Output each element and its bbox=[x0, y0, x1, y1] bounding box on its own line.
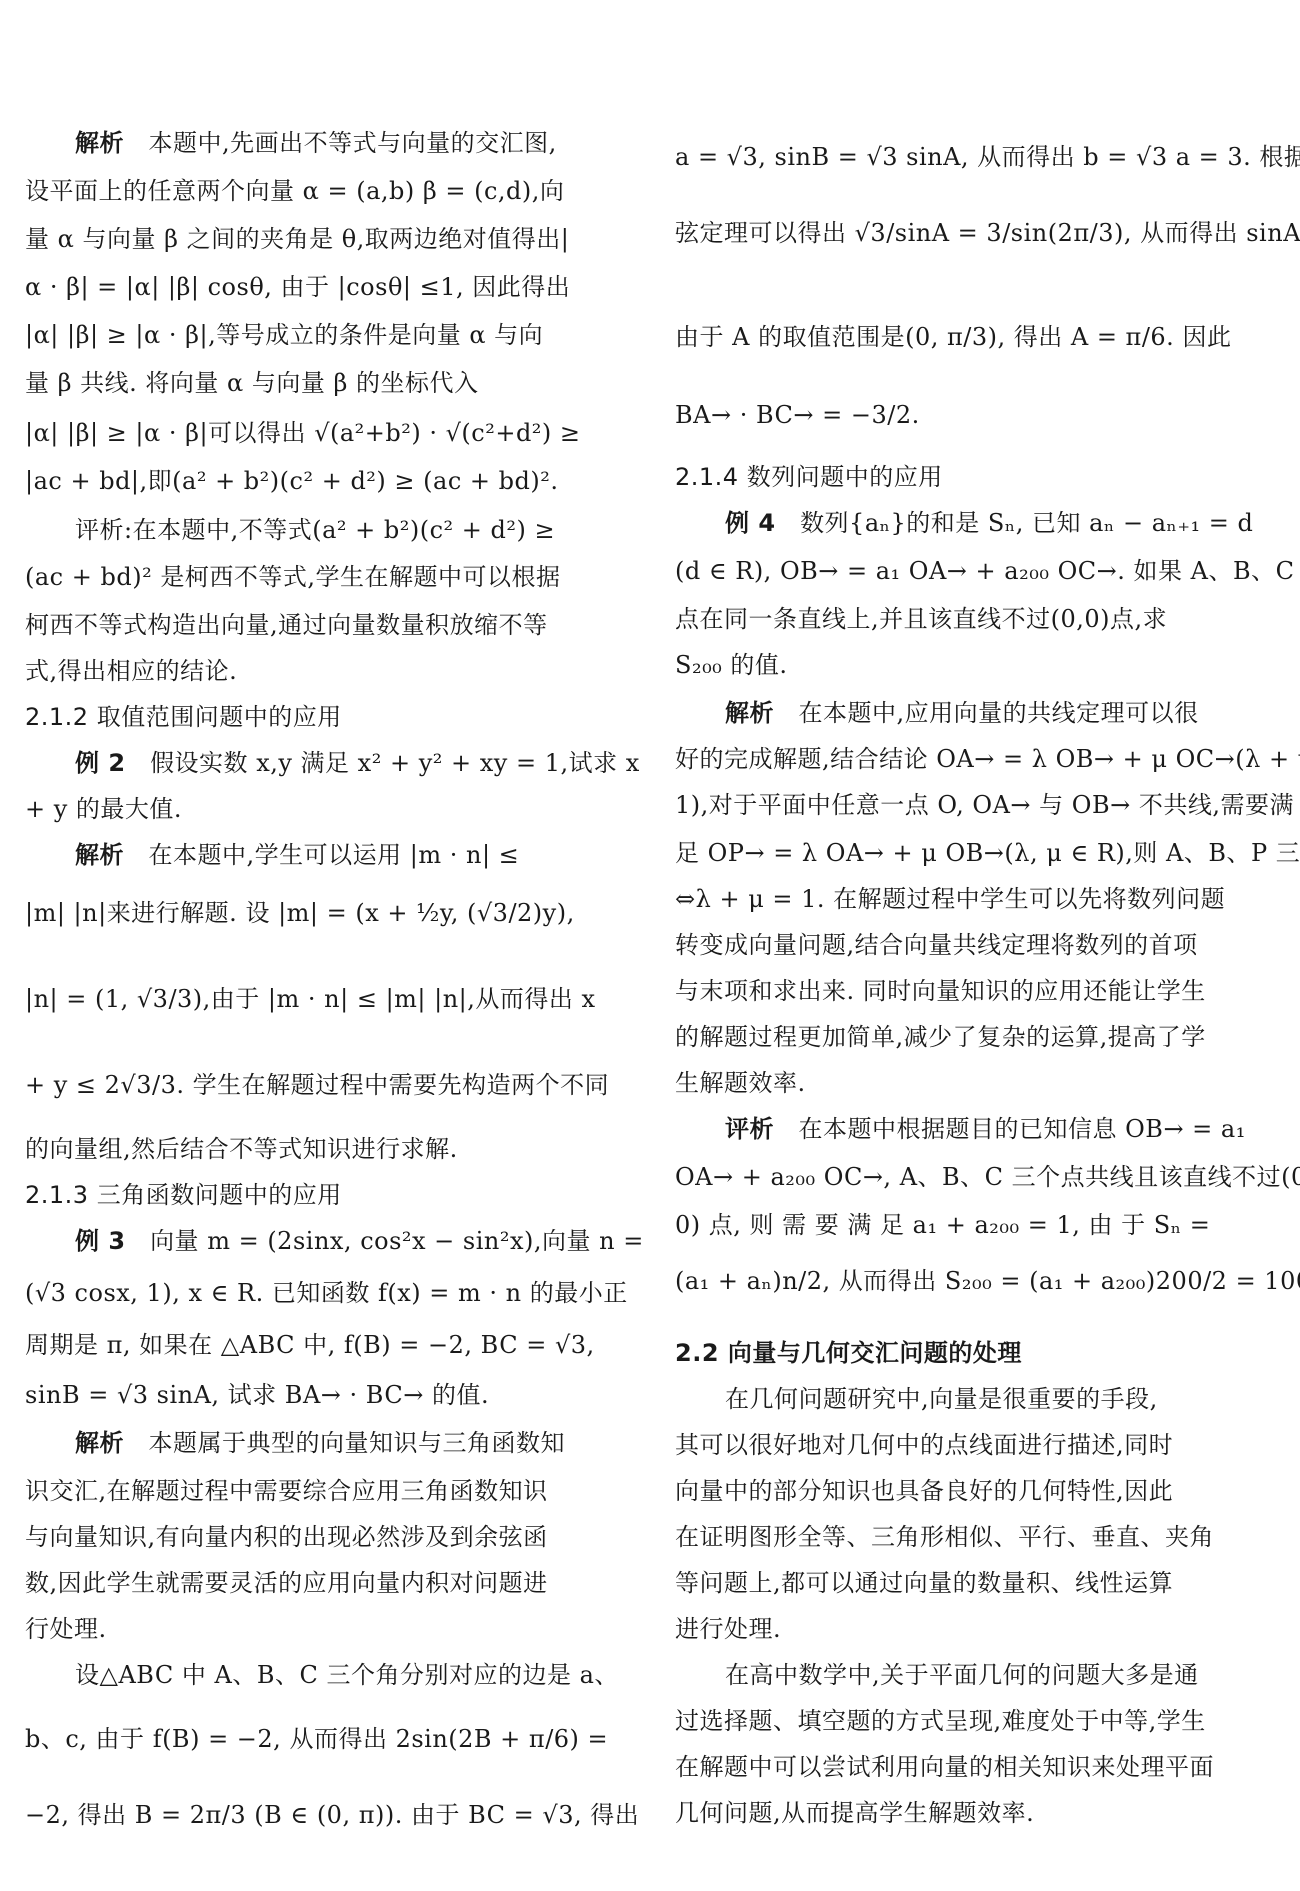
line-text: 2.2 向量与几何交汇问题的处理 bbox=[675, 1339, 1022, 1367]
line-text: 点在同一条直线上,并且该直线不过(0,0)点,求 bbox=[675, 605, 1167, 633]
text-line: 行处理. bbox=[25, 1614, 625, 1644]
text-line: (ac + bd)² 是柯西不等式,学生在解题中可以根据 bbox=[25, 562, 625, 592]
line-text: 本题属于典型的向量知识与三角函数知 bbox=[149, 1429, 566, 1457]
line-text: 由于 A 的取值范围是(0, π/3), 得出 A = π/6. 因此 bbox=[675, 323, 1231, 351]
line-text: 量 β 共线. 将向量 α 与向量 β 的坐标代入 bbox=[25, 369, 479, 397]
line-text: 评析:在本题中,不等式(a² + b²)(c² + d²) ≥ bbox=[75, 516, 555, 544]
line-text: (a₁ + aₙ)n/2, 从而得出 S₂₀₀ = (a₁ + a₂₀₀)200… bbox=[675, 1267, 1300, 1295]
text-line: 0) 点, 则 需 要 满 足 a₁ + a₂₀₀ = 1, 由 于 Sₙ = bbox=[675, 1210, 1275, 1240]
text-line: 弦定理可以得出 √3/sinA = 3/sin(2π/3), 从而得出 sinA… bbox=[675, 218, 1275, 248]
text-line: + y ≤ 2√3/3. 学生在解题过程中需要先构造两个不同 bbox=[25, 1070, 625, 1100]
text-line: 几何问题,从而提高学生解题效率. bbox=[675, 1798, 1275, 1828]
line-text: 等问题上,都可以通过向量的数量积、线性运算 bbox=[675, 1569, 1173, 1597]
paragraph-label: 评析 bbox=[725, 1115, 774, 1143]
text-line: 解析 本题属于典型的向量知识与三角函数知 bbox=[25, 1428, 675, 1458]
line-text: 2.1.3 三角函数问题中的应用 bbox=[25, 1181, 342, 1209]
line-text: 向量中的部分知识也具备良好的几何特性,因此 bbox=[675, 1477, 1173, 1505]
paragraph-label: 解析 bbox=[75, 129, 124, 157]
line-text: 在高中数学中,关于平面几何的问题大多是通 bbox=[725, 1661, 1199, 1689]
line-text: |ac + bd|,即(a² + b²)(c² + d²) ≥ (ac + bd… bbox=[25, 467, 558, 495]
line-text: 过选择题、填空题的方式呈现,难度处于中等,学生 bbox=[675, 1707, 1206, 1735]
line-text: 设△ABC 中 A、B、C 三个角分别对应的边是 a、 bbox=[75, 1661, 619, 1689]
paragraph-label: 例 3 bbox=[75, 1227, 126, 1255]
text-line: 转变成向量问题,结合向量共线定理将数列的首项 bbox=[675, 930, 1275, 960]
line-text: 好的完成解题,结合结论 OA→ = λ OB→ + μ OC→(λ + μ = bbox=[675, 745, 1300, 773]
line-text: 2.1.4 数列问题中的应用 bbox=[675, 463, 943, 491]
paragraph-label: 解析 bbox=[75, 841, 124, 869]
paragraph-label: 解析 bbox=[75, 1429, 124, 1457]
line-text: 弦定理可以得出 √3/sinA = 3/sin(2π/3), 从而得出 sinA… bbox=[675, 219, 1300, 247]
line-text: 量 α 与向量 β 之间的夹角是 θ,取两边绝对值得出| bbox=[25, 225, 569, 253]
line-text: 柯西不等式构造出向量,通过向量数量积放缩不等 bbox=[25, 611, 548, 639]
text-line: (a₁ + aₙ)n/2, 从而得出 S₂₀₀ = (a₁ + a₂₀₀)200… bbox=[675, 1266, 1275, 1296]
line-text: −2, 得出 B = 2π/3 (B ∈ (0, π)). 由于 BC = √3… bbox=[25, 1801, 639, 1829]
line-text: 的向量组,然后结合不等式知识进行求解. bbox=[25, 1135, 458, 1163]
line-text: |m| |n|来进行解题. 设 |m| = (x + ½y, (√3/2)y), bbox=[25, 899, 575, 927]
text-line: 过选择题、填空题的方式呈现,难度处于中等,学生 bbox=[675, 1706, 1275, 1736]
line-text: |α| |β| ≥ |α · β|,等号成立的条件是向量 α 与向 bbox=[25, 321, 543, 349]
text-line: 量 β 共线. 将向量 α 与向量 β 的坐标代入 bbox=[25, 368, 625, 398]
text-line: |α| |β| ≥ |α · β|,等号成立的条件是向量 α 与向 bbox=[25, 320, 625, 350]
text-line: 的解题过程更加简单,减少了复杂的运算,提高了学 bbox=[675, 1022, 1275, 1052]
line-text: 生解题效率. bbox=[675, 1069, 806, 1097]
text-line: 等问题上,都可以通过向量的数量积、线性运算 bbox=[675, 1568, 1275, 1598]
text-line: 解析 本题中,先画出不等式与向量的交汇图, bbox=[25, 128, 675, 158]
line-text: 在解题中可以尝试利用向量的相关知识来处理平面 bbox=[675, 1753, 1214, 1781]
text-line: OA→ + a₂₀₀ OC→, A、B、C 三个点共线且该直线不过(0, bbox=[675, 1162, 1275, 1192]
line-text: 的解题过程更加简单,减少了复杂的运算,提高了学 bbox=[675, 1023, 1206, 1051]
line-text: S₂₀₀ 的值. bbox=[675, 651, 788, 679]
text-line: 量 α 与向量 β 之间的夹角是 θ,取两边绝对值得出| bbox=[25, 224, 625, 254]
text-line: 与向量知识,有向量内积的出现必然涉及到余弦函 bbox=[25, 1522, 625, 1552]
paragraph-label: 例 2 bbox=[75, 749, 126, 777]
line-text: 设平面上的任意两个向量 α = (a,b) β = (c,d),向 bbox=[25, 177, 564, 205]
line-text: b、c, 由于 f(B) = −2, 从而得出 2sin(2B + π/6) = bbox=[25, 1725, 608, 1753]
line-text: (√3 cosx, 1), x ∈ R. 已知函数 f(x) = m · n 的… bbox=[25, 1279, 628, 1307]
section-heading: 2.1.3 三角函数问题中的应用 bbox=[25, 1180, 625, 1210]
paragraph-label: 解析 bbox=[725, 699, 774, 727]
text-line: 周期是 π, 如果在 △ABC 中, f(B) = −2, BC = √3, bbox=[25, 1330, 625, 1360]
line-text: sinB = √3 sinA, 试求 BA→ · BC→ 的值. bbox=[25, 1381, 489, 1409]
section-heading: 2.1.2 取值范围问题中的应用 bbox=[25, 702, 625, 732]
text-line: 解析 在本题中,应用向量的共线定理可以很 bbox=[675, 698, 1300, 728]
text-line: 式,得出相应的结论. bbox=[25, 656, 625, 686]
line-text: |n| = (1, √3/3),由于 |m · n| ≤ |m| |n|,从而得… bbox=[25, 985, 596, 1013]
line-text: 与末项和求出来. 同时向量知识的应用还能让学生 bbox=[675, 977, 1206, 1005]
text-line: (√3 cosx, 1), x ∈ R. 已知函数 f(x) = m · n 的… bbox=[25, 1278, 625, 1308]
text-line: 例 4 数列{aₙ}的和是 Sₙ, 已知 aₙ − aₙ₊₁ = d bbox=[675, 508, 1300, 538]
line-text: a = √3, sinB = √3 sinA, 从而得出 b = √3 a = … bbox=[675, 143, 1300, 171]
line-text: ⇔λ + μ = 1. 在解题过程中学生可以先将数列问题 bbox=[675, 885, 1225, 913]
line-text: 1),对于平面中任意一点 O, OA→ 与 OB→ 不共线,需要满 bbox=[675, 791, 1294, 819]
text-line: 设平面上的任意两个向量 α = (a,b) β = (c,d),向 bbox=[25, 176, 625, 206]
line-text: 几何问题,从而提高学生解题效率. bbox=[675, 1799, 1034, 1827]
text-line: 与末项和求出来. 同时向量知识的应用还能让学生 bbox=[675, 976, 1275, 1006]
text-line: |α| |β| ≥ |α · β|可以得出 √(a²+b²) · √(c²+d²… bbox=[25, 418, 625, 448]
line-text: 周期是 π, 如果在 △ABC 中, f(B) = −2, BC = √3, bbox=[25, 1331, 595, 1359]
text-line: 点在同一条直线上,并且该直线不过(0,0)点,求 bbox=[675, 604, 1275, 634]
line-text: 在本题中根据题目的已知信息 OB→ = a₁ bbox=[799, 1115, 1246, 1143]
text-line: |m| |n|来进行解题. 设 |m| = (x + ½y, (√3/2)y), bbox=[25, 898, 625, 928]
text-line: 向量中的部分知识也具备良好的几何特性,因此 bbox=[675, 1476, 1275, 1506]
line-text: 足 OP→ = λ OA→ + μ OB→(λ, μ ∈ R),则 A、B、P … bbox=[675, 839, 1300, 867]
line-text: α · β| = |α| |β| cosθ, 由于 |cosθ| ≤1, 因此得… bbox=[25, 273, 570, 301]
text-line: BA→ · BC→ = −3/2. bbox=[675, 400, 1275, 430]
text-line: |n| = (1, √3/3),由于 |m · n| ≤ |m| |n|,从而得… bbox=[25, 984, 625, 1014]
text-line: 设△ABC 中 A、B、C 三个角分别对应的边是 a、 bbox=[25, 1660, 675, 1690]
text-line: 其可以很好地对几何中的点线面进行描述,同时 bbox=[675, 1430, 1275, 1460]
line-text: 在本题中,学生可以运用 |m · n| ≤ bbox=[149, 841, 520, 869]
text-line: 在高中数学中,关于平面几何的问题大多是通 bbox=[675, 1660, 1300, 1690]
line-text: 与向量知识,有向量内积的出现必然涉及到余弦函 bbox=[25, 1523, 548, 1551]
text-line: 在几何问题研究中,向量是很重要的手段, bbox=[675, 1384, 1300, 1414]
text-line: 解析 在本题中,学生可以运用 |m · n| ≤ bbox=[25, 840, 675, 870]
line-text: 其可以很好地对几何中的点线面进行描述,同时 bbox=[675, 1431, 1173, 1459]
text-line: 柯西不等式构造出向量,通过向量数量积放缩不等 bbox=[25, 610, 625, 640]
text-line: 数,因此学生就需要灵活的应用向量内积对问题进 bbox=[25, 1568, 625, 1598]
line-text: 在本题中,应用向量的共线定理可以很 bbox=[799, 699, 1199, 727]
line-text: 假设实数 x,y 满足 x² + y² + xy = 1,试求 x bbox=[150, 749, 640, 777]
text-line: sinB = √3 sinA, 试求 BA→ · BC→ 的值. bbox=[25, 1380, 625, 1410]
line-text: + y ≤ 2√3/3. 学生在解题过程中需要先构造两个不同 bbox=[25, 1071, 609, 1099]
line-text: + y 的最大值. bbox=[25, 795, 182, 823]
text-line: 在解题中可以尝试利用向量的相关知识来处理平面 bbox=[675, 1752, 1275, 1782]
line-text: BA→ · BC→ = −3/2. bbox=[675, 401, 920, 429]
line-text: (ac + bd)² 是柯西不等式,学生在解题中可以根据 bbox=[25, 563, 560, 591]
line-text: (d ∈ R), OB→ = a₁ OA→ + a₂₀₀ OC→. 如果 A、B… bbox=[675, 557, 1300, 585]
text-line: 评析:在本题中,不等式(a² + b²)(c² + d²) ≥ bbox=[25, 515, 675, 545]
line-text: 转变成向量问题,结合向量共线定理将数列的首项 bbox=[675, 931, 1198, 959]
line-text: 在证明图形全等、三角形相似、平行、垂直、夹角 bbox=[675, 1523, 1214, 1551]
section-heading: 2.1.4 数列问题中的应用 bbox=[675, 462, 1275, 492]
text-line: 例 2 假设实数 x,y 满足 x² + y² + xy = 1,试求 x bbox=[25, 748, 675, 778]
section-heading: 2.2 向量与几何交汇问题的处理 bbox=[675, 1338, 1275, 1368]
text-line: 足 OP→ = λ OA→ + μ OB→(λ, μ ∈ R),则 A、B、P … bbox=[675, 838, 1275, 868]
paragraph-label: 例 4 bbox=[725, 509, 776, 537]
line-text: |α| |β| ≥ |α · β|可以得出 √(a²+b²) · √(c²+d²… bbox=[25, 419, 581, 447]
text-line: S₂₀₀ 的值. bbox=[675, 650, 1275, 680]
text-line: + y 的最大值. bbox=[25, 794, 625, 824]
text-line: 1),对于平面中任意一点 O, OA→ 与 OB→ 不共线,需要满 bbox=[675, 790, 1275, 820]
text-line: |ac + bd|,即(a² + b²)(c² + d²) ≥ (ac + bd… bbox=[25, 466, 625, 496]
line-text: 数,因此学生就需要灵活的应用向量内积对问题进 bbox=[25, 1569, 548, 1597]
text-line: −2, 得出 B = 2π/3 (B ∈ (0, π)). 由于 BC = √3… bbox=[25, 1800, 625, 1830]
line-text: 0) 点, 则 需 要 满 足 a₁ + a₂₀₀ = 1, 由 于 Sₙ = bbox=[675, 1211, 1210, 1239]
text-line: α · β| = |α| |β| cosθ, 由于 |cosθ| ≤1, 因此得… bbox=[25, 272, 625, 302]
line-text: 向量 m = (2sinx, cos²x − sin²x),向量 n = bbox=[150, 1227, 644, 1255]
line-text: 在几何问题研究中,向量是很重要的手段, bbox=[725, 1385, 1158, 1413]
line-text: 行处理. bbox=[25, 1615, 107, 1643]
text-line: 识交汇,在解题过程中需要综合应用三角函数知识 bbox=[25, 1476, 625, 1506]
text-line: (d ∈ R), OB→ = a₁ OA→ + a₂₀₀ OC→. 如果 A、B… bbox=[675, 556, 1275, 586]
line-text: OA→ + a₂₀₀ OC→, A、B、C 三个点共线且该直线不过(0, bbox=[675, 1163, 1300, 1191]
text-line: b、c, 由于 f(B) = −2, 从而得出 2sin(2B + π/6) = bbox=[25, 1724, 625, 1754]
text-line: 在证明图形全等、三角形相似、平行、垂直、夹角 bbox=[675, 1522, 1275, 1552]
text-line: a = √3, sinB = √3 sinA, 从而得出 b = √3 a = … bbox=[675, 142, 1275, 172]
text-line: 由于 A 的取值范围是(0, π/3), 得出 A = π/6. 因此 bbox=[675, 322, 1275, 352]
line-text: 进行处理. bbox=[675, 1615, 781, 1643]
line-text: 识交汇,在解题过程中需要综合应用三角函数知识 bbox=[25, 1477, 548, 1505]
text-line: ⇔λ + μ = 1. 在解题过程中学生可以先将数列问题 bbox=[675, 884, 1275, 914]
text-line: 好的完成解题,结合结论 OA→ = λ OB→ + μ OC→(λ + μ = bbox=[675, 744, 1275, 774]
line-text: 本题中,先画出不等式与向量的交汇图, bbox=[149, 129, 557, 157]
text-line: 的向量组,然后结合不等式知识进行求解. bbox=[25, 1134, 625, 1164]
text-line: 评析 在本题中根据题目的已知信息 OB→ = a₁ bbox=[675, 1114, 1300, 1144]
text-line: 生解题效率. bbox=[675, 1068, 1275, 1098]
line-text: 2.1.2 取值范围问题中的应用 bbox=[25, 703, 342, 731]
line-text: 数列{aₙ}的和是 Sₙ, 已知 aₙ − aₙ₊₁ = d bbox=[800, 509, 1253, 537]
text-line: 进行处理. bbox=[675, 1614, 1275, 1644]
text-line: 例 3 向量 m = (2sinx, cos²x − sin²x),向量 n = bbox=[25, 1226, 675, 1256]
line-text: 式,得出相应的结论. bbox=[25, 657, 237, 685]
